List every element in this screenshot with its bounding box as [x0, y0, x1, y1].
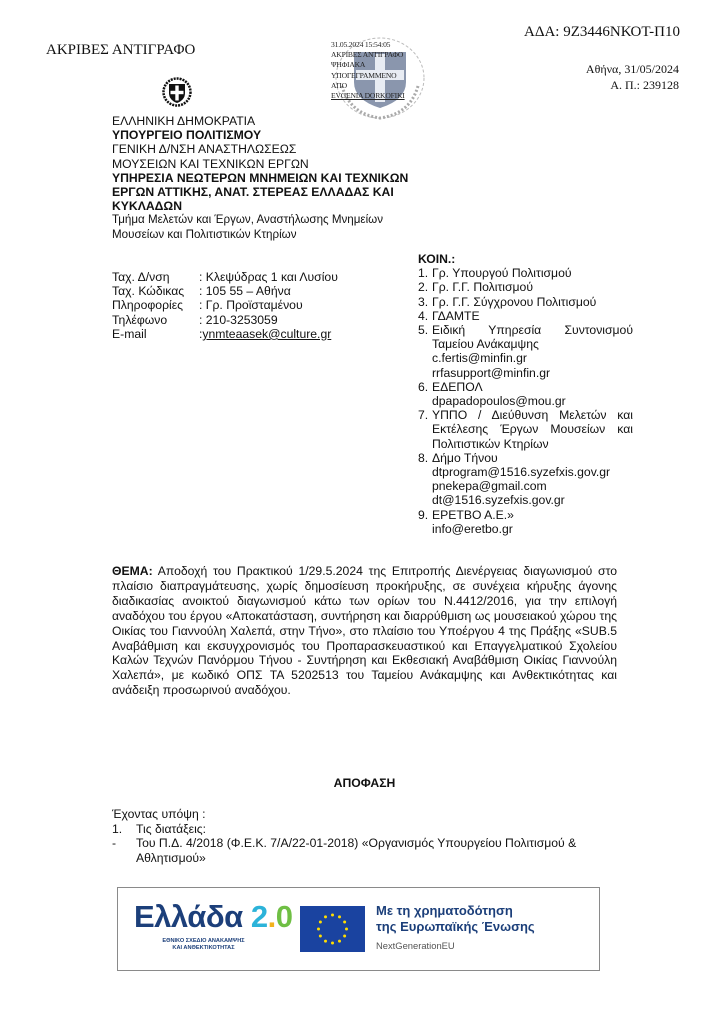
considering-item: -Του Π.Δ. 4/2018 (Φ.Ε.Κ. 7/Α/22-01-2018)…	[112, 836, 622, 865]
greece-2-0-logo: Ελλάδα 2.0	[134, 899, 292, 935]
service-line: ΕΡΓΩΝ ΑΤΤΙΚΗΣ, ΑΝΑΤ. ΣΤΕΡΕΑΣ ΕΛΛΑΔΑΣ ΚΑΙ	[112, 185, 412, 199]
eu-flag-icon	[300, 906, 365, 952]
cc-list: 1.Γρ. Υπουργού Πολιτισμού2.Γρ. Γ.Γ. Πολι…	[418, 266, 633, 536]
funding-banner: Ελλάδα 2.0 ΕΘΝΙΚΟ ΣΧΕΔΙΟ ΑΝΑΚΑΜΨΗΣ ΚΑΙ Α…	[117, 887, 600, 971]
cc-recipient-name: Γρ. Γ.Γ. Σύγχρονου Πολιτισμού	[432, 295, 633, 309]
contact-row-address: Ταχ. Δ/νση: Κλεψύδρας 1 και Λυσίου	[112, 270, 338, 284]
cc-email[interactable]: rrfasupport@minfin.gr	[432, 366, 633, 380]
contact-row-info: Πληροφορίες: Γρ. Προϊσταμένου	[112, 298, 338, 312]
eu-funding-text: Με τη χρηματοδότηση της Ευρωπαϊκής Ένωση…	[376, 903, 535, 935]
cc-recipient-name: ΓΔΑΜΤΕ	[432, 309, 633, 323]
ministry-name: ΥΠΟΥΡΓΕΙΟ ΠΟΛΙΤΙΣΜΟΥ	[112, 128, 412, 142]
contact-row-phone: Τηλέφωνο: 210-3253059	[112, 313, 338, 327]
department-line: Τμήμα Μελετών και Έργων, Αναστήλωσης Μνη…	[112, 213, 412, 227]
protocol-number: Α. Π.: 239128	[610, 78, 679, 93]
cc-recipients: ΚΟΙΝ.: 1.Γρ. Υπουργού Πολιτισμού2.Γρ. Γ.…	[418, 252, 633, 536]
cc-item: 5.Ειδική Υπηρεσία Συντονισμού Ταμείου Αν…	[418, 323, 633, 380]
cc-recipient-name: Δήμο Τήνου	[432, 451, 633, 465]
cc-email[interactable]: dt@1516.syzefxis.gov.gr	[432, 493, 633, 507]
cc-item: 2.Γρ. Γ.Γ. Πολιτισμού	[418, 280, 633, 294]
considering-intro: Έχοντας υπόψη :	[112, 807, 622, 822]
subject-text: Αποδοχή του Πρακτικού 1/29.5.2024 της Επ…	[112, 564, 617, 697]
cc-item: 4.ΓΔΑΜΤΕ	[418, 309, 633, 323]
subject-label: ΘΕΜΑ:	[112, 564, 153, 578]
contact-row-email: E-mail:ynmteaasek@culture.gr	[112, 327, 338, 341]
directorate-line: ΓΕΝΙΚΗ Δ/ΝΣΗ ΑΝΑΣΤΗΛΩΣΕΩΣ	[112, 142, 412, 156]
republic-name: ΕΛΛΗΝΙΚΗ ΔΗΜΟΚΡΑΤΙΑ	[112, 114, 412, 128]
certified-copy-label: ΑΚΡΙΒΕΣ ΑΝΤΙΓΡΑΦΟ	[46, 42, 195, 59]
department-line: Μουσείων και Πολιτιστικών Κτηρίων	[112, 228, 412, 242]
cc-recipient-name: Γρ. Υπουργού Πολιτισμού	[432, 266, 633, 280]
cc-item: 1.Γρ. Υπουργού Πολιτισμού	[418, 266, 633, 280]
greek-coat-of-arms-icon	[162, 77, 192, 107]
recovery-plan-subtitle: ΕΘΝΙΚΟ ΣΧΕΔΙΟ ΑΝΑΚΑΜΨΗΣ ΚΑΙ ΑΝΘΕΚΤΙΚΟΤΗΤ…	[146, 938, 261, 951]
issuer-header: ΕΛΛΗΝΙΚΗ ΔΗΜΟΚΡΑΤΙΑ ΥΠΟΥΡΓΕΙΟ ΠΟΛΙΤΙΣΜΟΥ…	[112, 114, 412, 242]
cc-email[interactable]: pnekepa@gmail.com	[432, 479, 633, 493]
cc-recipient-name: ΕΔΕΠΟΛ	[432, 380, 633, 394]
contact-row-postal-code: Ταχ. Κώδικας: 105 55 – Αθήνα	[112, 284, 338, 298]
cc-email[interactable]: dpapadopoulos@mou.gr	[432, 394, 633, 408]
decision-title: ΑΠΟΦΑΣΗ	[112, 776, 617, 790]
cc-item: 8.Δήμο Τήνουdtprogram@1516.syzefxis.gov.…	[418, 451, 633, 508]
cc-item: 9.ΕΡΕΤΒΟ Α.Ε.»info@eretbo.gr	[418, 508, 633, 536]
next-generation-eu-label: NextGenerationEU	[376, 940, 455, 951]
cc-item: 7.ΥΠΠΟ / Διεύθυνση Μελετών και Εκτέλεσης…	[418, 408, 633, 451]
cc-recipient-name: ΥΠΠΟ / Διεύθυνση Μελετών και Εκτέλεσης Έ…	[432, 408, 633, 451]
subject-paragraph: ΘΕΜΑ: Αποδοχή του Πρακτικού 1/29.5.2024 …	[112, 564, 617, 698]
cc-recipient-name: Ειδική Υπηρεσία Συντονισμού Ταμείου Ανάκ…	[432, 323, 633, 351]
ada-number: ΑΔΑ: 9Ζ3446ΝΚΟΤ-Π10	[524, 24, 680, 41]
service-line: ΥΠΗΡΕΣΙΑ ΝΕΩΤΕΡΩΝ ΜΝΗΜΕΙΩΝ ΚΑΙ ΤΕΧΝΙΚΩΝ	[112, 171, 412, 185]
cc-item: 6.ΕΔΕΠΟΛdpapadopoulos@mou.gr	[418, 380, 633, 408]
email-link[interactable]: ynmteaasek@culture.gr	[202, 327, 331, 341]
cc-item: 3.Γρ. Γ.Γ. Σύγχρονου Πολιτισμού	[418, 295, 633, 309]
cc-email[interactable]: c.fertis@minfin.gr	[432, 351, 633, 365]
digital-signature-text: 31.05.2024 15:54:05 ΑΚΡΙΒΕΣ ΑΝΤΙΓΡΑΦΟ ΨΗ…	[331, 40, 405, 101]
contact-details: Ταχ. Δ/νση: Κλεψύδρας 1 και Λυσίου Ταχ. …	[112, 270, 338, 341]
document-date: Αθήνα, 31/05/2024	[586, 62, 679, 77]
cc-recipient-name: ΕΡΕΤΒΟ Α.Ε.»	[432, 508, 633, 522]
cc-title: ΚΟΙΝ.:	[418, 252, 633, 266]
service-line: ΚΥΚΛΑΔΩΝ	[112, 199, 412, 213]
cc-recipient-name: Γρ. Γ.Γ. Πολιτισμού	[432, 280, 633, 294]
considering-section: Έχοντας υπόψη : 1.Τις διατάξεις: -Του Π.…	[112, 807, 622, 865]
directorate-line: ΜΟΥΣΕΙΩΝ ΚΑΙ ΤΕΧΝΙΚΩΝ ΕΡΓΩΝ	[112, 157, 412, 171]
cc-email[interactable]: dtprogram@1516.syzefxis.gov.gr	[432, 465, 633, 479]
considering-item: 1.Τις διατάξεις:	[112, 822, 622, 837]
cc-email[interactable]: info@eretbo.gr	[432, 522, 633, 536]
